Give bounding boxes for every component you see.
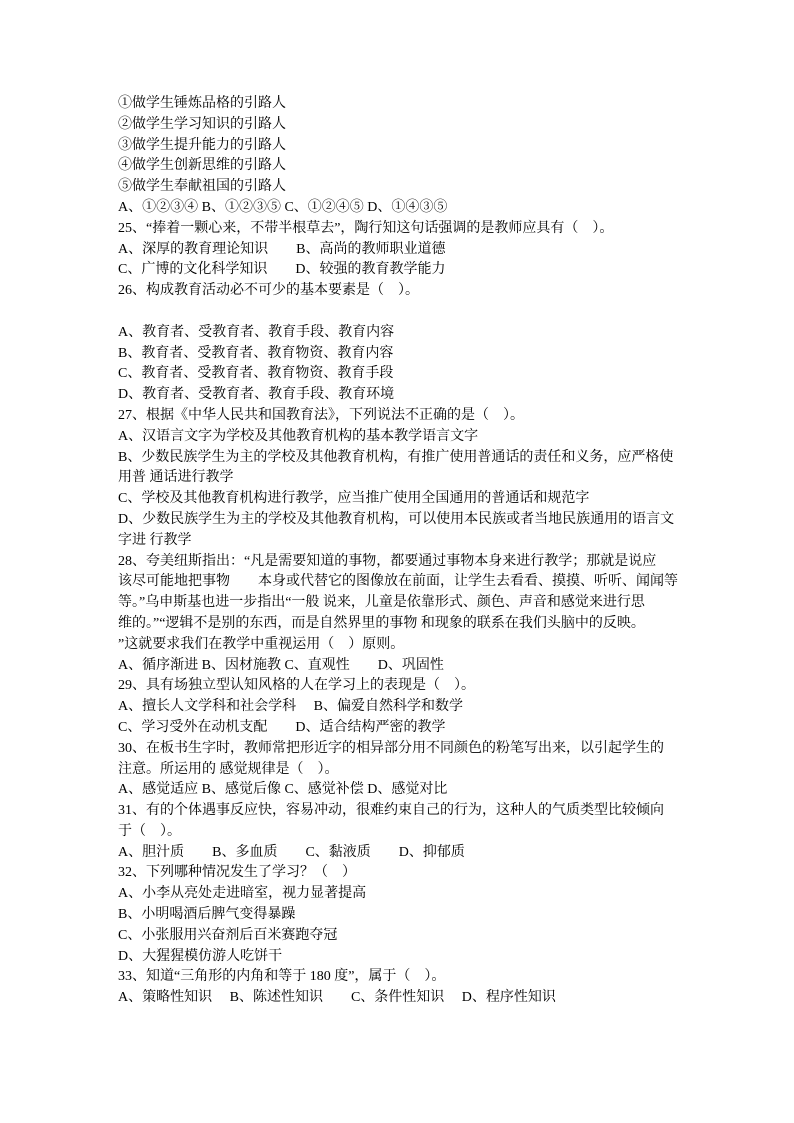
text-line: A、深厚的教育理论知识 B、高尚的教师职业道德 (118, 240, 688, 261)
text-line: D、教育者、受教育者、教育手段、教育环境 (118, 385, 688, 406)
blank-line (118, 302, 688, 323)
text-line: 于（ ）。 (118, 822, 688, 843)
text-line: A、胆汁质 B、多血质 C、黏液质 D、抑郁质 (118, 843, 688, 864)
text-line: A、教育者、受教育者、教育手段、教育内容 (118, 323, 688, 344)
text-line: 27、根据《中华人民共和国教育法》，下列说法不正确的是（ ）。 (118, 406, 688, 427)
text-line: C、学校及其他教育机构进行教学，应当推广使用全国通用的普通话和规范字 (118, 489, 688, 510)
text-line: D、大猩猩模仿游人吃饼干 (118, 947, 688, 968)
text-line: ②做学生学习知识的引路人 (118, 115, 688, 136)
text-line: ③做学生提升能力的引路人 (118, 136, 688, 157)
text-line: 30、在板书生字时，教师常把形近字的相异部分用不同颜色的粉笔写出来，以引起学生的 (118, 739, 688, 760)
text-line: D、少数民族学生为主的学校及其他教育机构，可以使用本民族或者当地民族通用的语言文 (118, 510, 688, 531)
text-line: C、小张服用兴奋剂后百米赛跑夺冠 (118, 926, 688, 947)
text-line: A、①②③④ B、①②③⑤ C、①②④⑤ D、①④③⑤ (118, 198, 688, 219)
text-line: 25、“捧着一颗心来，不带半根草去”，陶行知这句话强调的是教师应具有（ ）。 (118, 219, 688, 240)
text-line: C、广博的文化科学知识 D、较强的教育教学能力 (118, 260, 688, 281)
text-line: A、汉语言文字为学校及其他教育机构的基本教学语言文字 (118, 427, 688, 448)
document-page: ①做学生锤炼品格的引路人②做学生学习知识的引路人③做学生提升能力的引路人④做学生… (0, 0, 794, 1123)
text-line: A、小李从亮处走进暗室，视力显著提高 (118, 884, 688, 905)
text-line: 28、夸美纽斯指出：“凡是需要知道的事物，都要通过事物本身来进行教学；那就是说应 (118, 552, 688, 573)
text-line: 等。”乌申斯基也进一步指出“一般 说来，儿童是依靠形式、颜色、声音和感觉来进行思 (118, 593, 688, 614)
text-line: C、学习受外在动机支配 D、适合结构严密的教学 (118, 718, 688, 739)
text-line: B、小明喝酒后脾气变得暴躁 (118, 905, 688, 926)
text-line: ⑤做学生奉献祖国的引路人 (118, 177, 688, 198)
text-line: 29、具有场独立型认知风格的人在学习上的表现是（ ）。 (118, 676, 688, 697)
text-line: 维的。”“逻辑不是别的东西，而是自然界里的事物 和现象的联系在我们头脑中的反映。 (118, 614, 688, 635)
text-line: A、感觉适应 B、感觉后像 C、感觉补偿 D、感觉对比 (118, 780, 688, 801)
text-line: 该尽可能地把事物 本身或代替它的图像放在前面，让学生去看看、摸摸、听听、闻闻等 (118, 572, 688, 593)
text-line: 用普 通话进行教学 (118, 468, 688, 489)
text-line: 字进 行教学 (118, 531, 688, 552)
text-line: B、少数民族学生为主的学校及其他教育机构，有推广使用普通话的责任和义务，应严格使 (118, 448, 688, 469)
text-line: A、循序渐进 B、因材施教 C、直观性 D、巩固性 (118, 656, 688, 677)
text-line: A、策略性知识 B、陈述性知识 C、条件性知识 D、程序性知识 (118, 988, 688, 1009)
text-line: 32、下列哪种情况发生了学习？（ ） (118, 863, 688, 884)
document-body: ①做学生锤炼品格的引路人②做学生学习知识的引路人③做学生提升能力的引路人④做学生… (118, 94, 688, 1009)
text-line: A、擅长人文学科和社会学科 B、偏爱自然科学和数学 (118, 697, 688, 718)
text-line: ①做学生锤炼品格的引路人 (118, 94, 688, 115)
text-line: ”这就要求我们在教学中重视运用（ ）原则。 (118, 635, 688, 656)
text-line: 26、构成教育活动必不可少的基本要素是（ ）。 (118, 281, 688, 302)
text-line: B、教育者、受教育者、教育物资、教育内容 (118, 344, 688, 365)
text-line: 31、有的个体遇事反应快，容易冲动，很难约束自己的行为，这种人的气质类型比较倾向 (118, 801, 688, 822)
text-line: 33、知道“三角形的内角和等于 180 度”，属于（ ）。 (118, 967, 688, 988)
text-line: ④做学生创新思维的引路人 (118, 156, 688, 177)
text-line: 注意。所运用的 感觉规律是（ ）。 (118, 760, 688, 781)
text-line: C、教育者、受教育者、教育物资、教育手段 (118, 364, 688, 385)
